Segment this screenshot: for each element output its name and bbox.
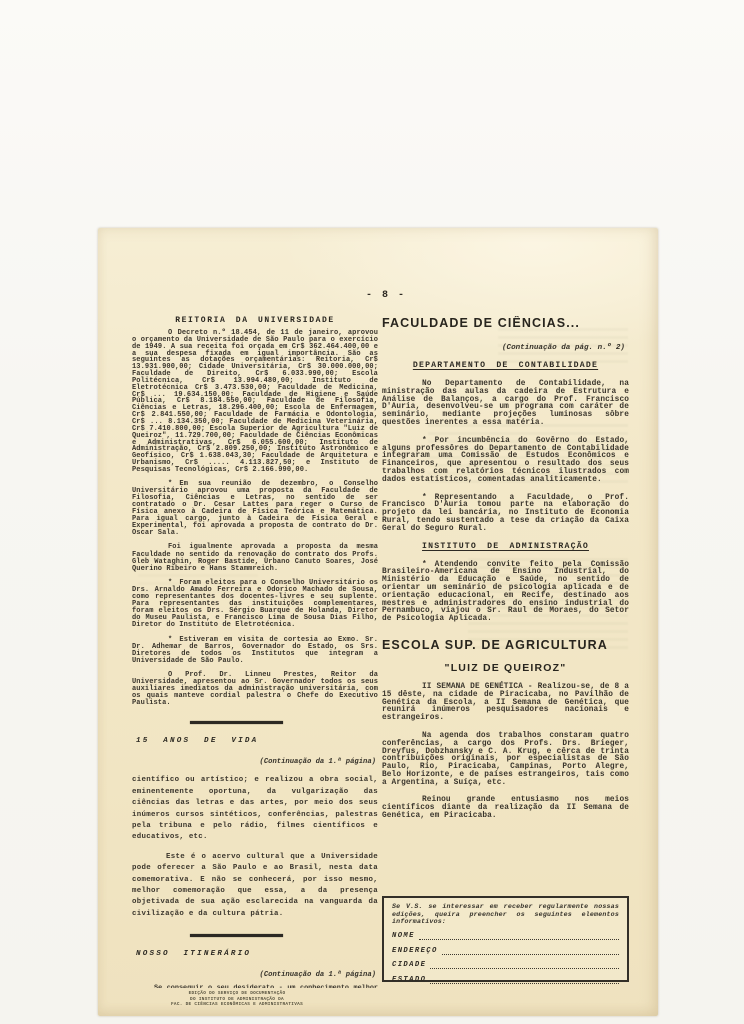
paragraph: Na agenda dos trabalhos constaram quatro… [382, 733, 629, 788]
paragraph: Este é o acervo cultural que a Universid… [132, 852, 378, 920]
subscription-box: Se V.S. se interessar em receber regular… [382, 896, 629, 982]
field-label-nome: NOME [392, 932, 415, 940]
form-field-endereco: ENDEREÇO [392, 947, 619, 955]
article-subtitle-luiz-de-queiroz: "LUIZ DE QUEIROZ" [382, 662, 629, 674]
paragraph: científico ou artístico; e realizou a ob… [132, 775, 378, 843]
section-divider [190, 934, 283, 937]
form-field-cidade: CIDADE [392, 961, 619, 969]
paragraph: * Atendendo convite feito pela Comissão … [382, 562, 629, 624]
field-label-endereco: ENDEREÇO [392, 947, 438, 955]
continuation-note: (Continuação da pág. n.º 2) [382, 344, 625, 353]
dotted-fill-line [430, 977, 619, 984]
paragraph: * Foram eleitos para o Conselho Universi… [132, 580, 378, 630]
form-field-nome: NOME [392, 932, 619, 940]
paragraph: No Departamento de Contabilidade, na min… [382, 381, 629, 428]
article-body-nosso-itinerario: Se conseguir o seu desiderato - um conhe… [132, 985, 378, 988]
continuation-note: (Continuação da 1.ª página) [132, 971, 376, 980]
article-body-15-anos: científico ou artístico; e realizou a ob… [132, 775, 378, 920]
left-column: REITORIA DA UNIVERSIDADE O Decreto n.º 1… [132, 316, 378, 988]
field-label-cidade: CIDADE [392, 961, 426, 969]
field-label-estado: ESTADO [392, 976, 426, 984]
paragraph: * Estiveram em visita de cortesia ao Exm… [132, 637, 378, 665]
form-field-estado: ESTADO [392, 976, 619, 984]
article-title-15-anos: 15 ANOS DE VIDA [136, 736, 378, 746]
paragraph: O Decreto n.º 18.454, de 11 de janeiro, … [132, 330, 378, 474]
article-body-escola: II SEMANA DE GENÉTICA - Realizou-se, de … [382, 684, 629, 821]
subscription-intro: Se V.S. se interessar em receber regular… [392, 903, 619, 926]
scanned-document-screenshot: { "page_number": "- 8 -", "colors": { "p… [0, 0, 744, 1024]
page-number: - 8 - [356, 290, 416, 302]
heading-departamento-contabilidade: DEPARTAMENTO DE CONTABILIDADE [382, 361, 629, 371]
paragraph: O Prof. Dr. Linneu Prestes, Reitor da Un… [132, 672, 378, 707]
paragraph: Foi igualmente aprovada a proposta da me… [132, 544, 378, 572]
paragraph: * Em sua reunião de dezembro, o Conselho… [132, 481, 378, 538]
section-body-administracao: * Atendendo convite feito pela Comissão … [382, 562, 629, 624]
heading-instituto-administracao: INSTITUTO DE ADMINISTRAÇÃO [382, 542, 629, 552]
section-divider [190, 721, 283, 724]
right-column: FACULDADE DE CIÊNCIAS... (Continuação da… [382, 316, 629, 894]
paragraph: Reinou grande entusiasmo nos meios cient… [382, 797, 629, 820]
paragraph: II SEMANA DE GENÉTICA - Realizou-se, de … [382, 684, 629, 723]
paragraph: * Representando a Faculdade, o Prof. Fra… [382, 495, 629, 534]
dotted-fill-line [442, 948, 619, 955]
article-title-reitoria: REITORIA DA UNIVERSIDADE [132, 316, 378, 326]
paragraph: Se conseguir o seu desiderato - um conhe… [132, 985, 378, 988]
article-title-nosso-itinerario: NOSSO ITINERÁRIO [136, 949, 378, 959]
continuation-note: (Continuação da 1.ª página) [132, 758, 376, 767]
dotted-fill-line [419, 933, 619, 940]
dotted-fill-line [430, 962, 619, 969]
document-page: - 8 - REITORIA DA UNIVERSIDADE O Decreto… [98, 228, 658, 1016]
article-title-faculdade-ciencias: FACULDADE DE CIÊNCIAS... [382, 316, 629, 330]
publisher-imprint: EDIÇÃO DO SERVIÇO DE DOCUMENTAÇÃO DO INS… [142, 991, 332, 1008]
imprint-line: FAC. DE CIÊNCIAS ECONÔMICAS E ADMINISTRA… [142, 1002, 332, 1008]
section-body-contabilidade: No Departamento de Contabilidade, na min… [382, 381, 629, 534]
article-title-escola-agricultura: ESCOLA SUP. DE AGRICULTURA [382, 638, 629, 652]
paragraph: * Por incumbência do Govêrno do Estado, … [382, 438, 629, 485]
article-body-reitoria: O Decreto n.º 18.454, de 11 de janeiro, … [132, 330, 378, 707]
